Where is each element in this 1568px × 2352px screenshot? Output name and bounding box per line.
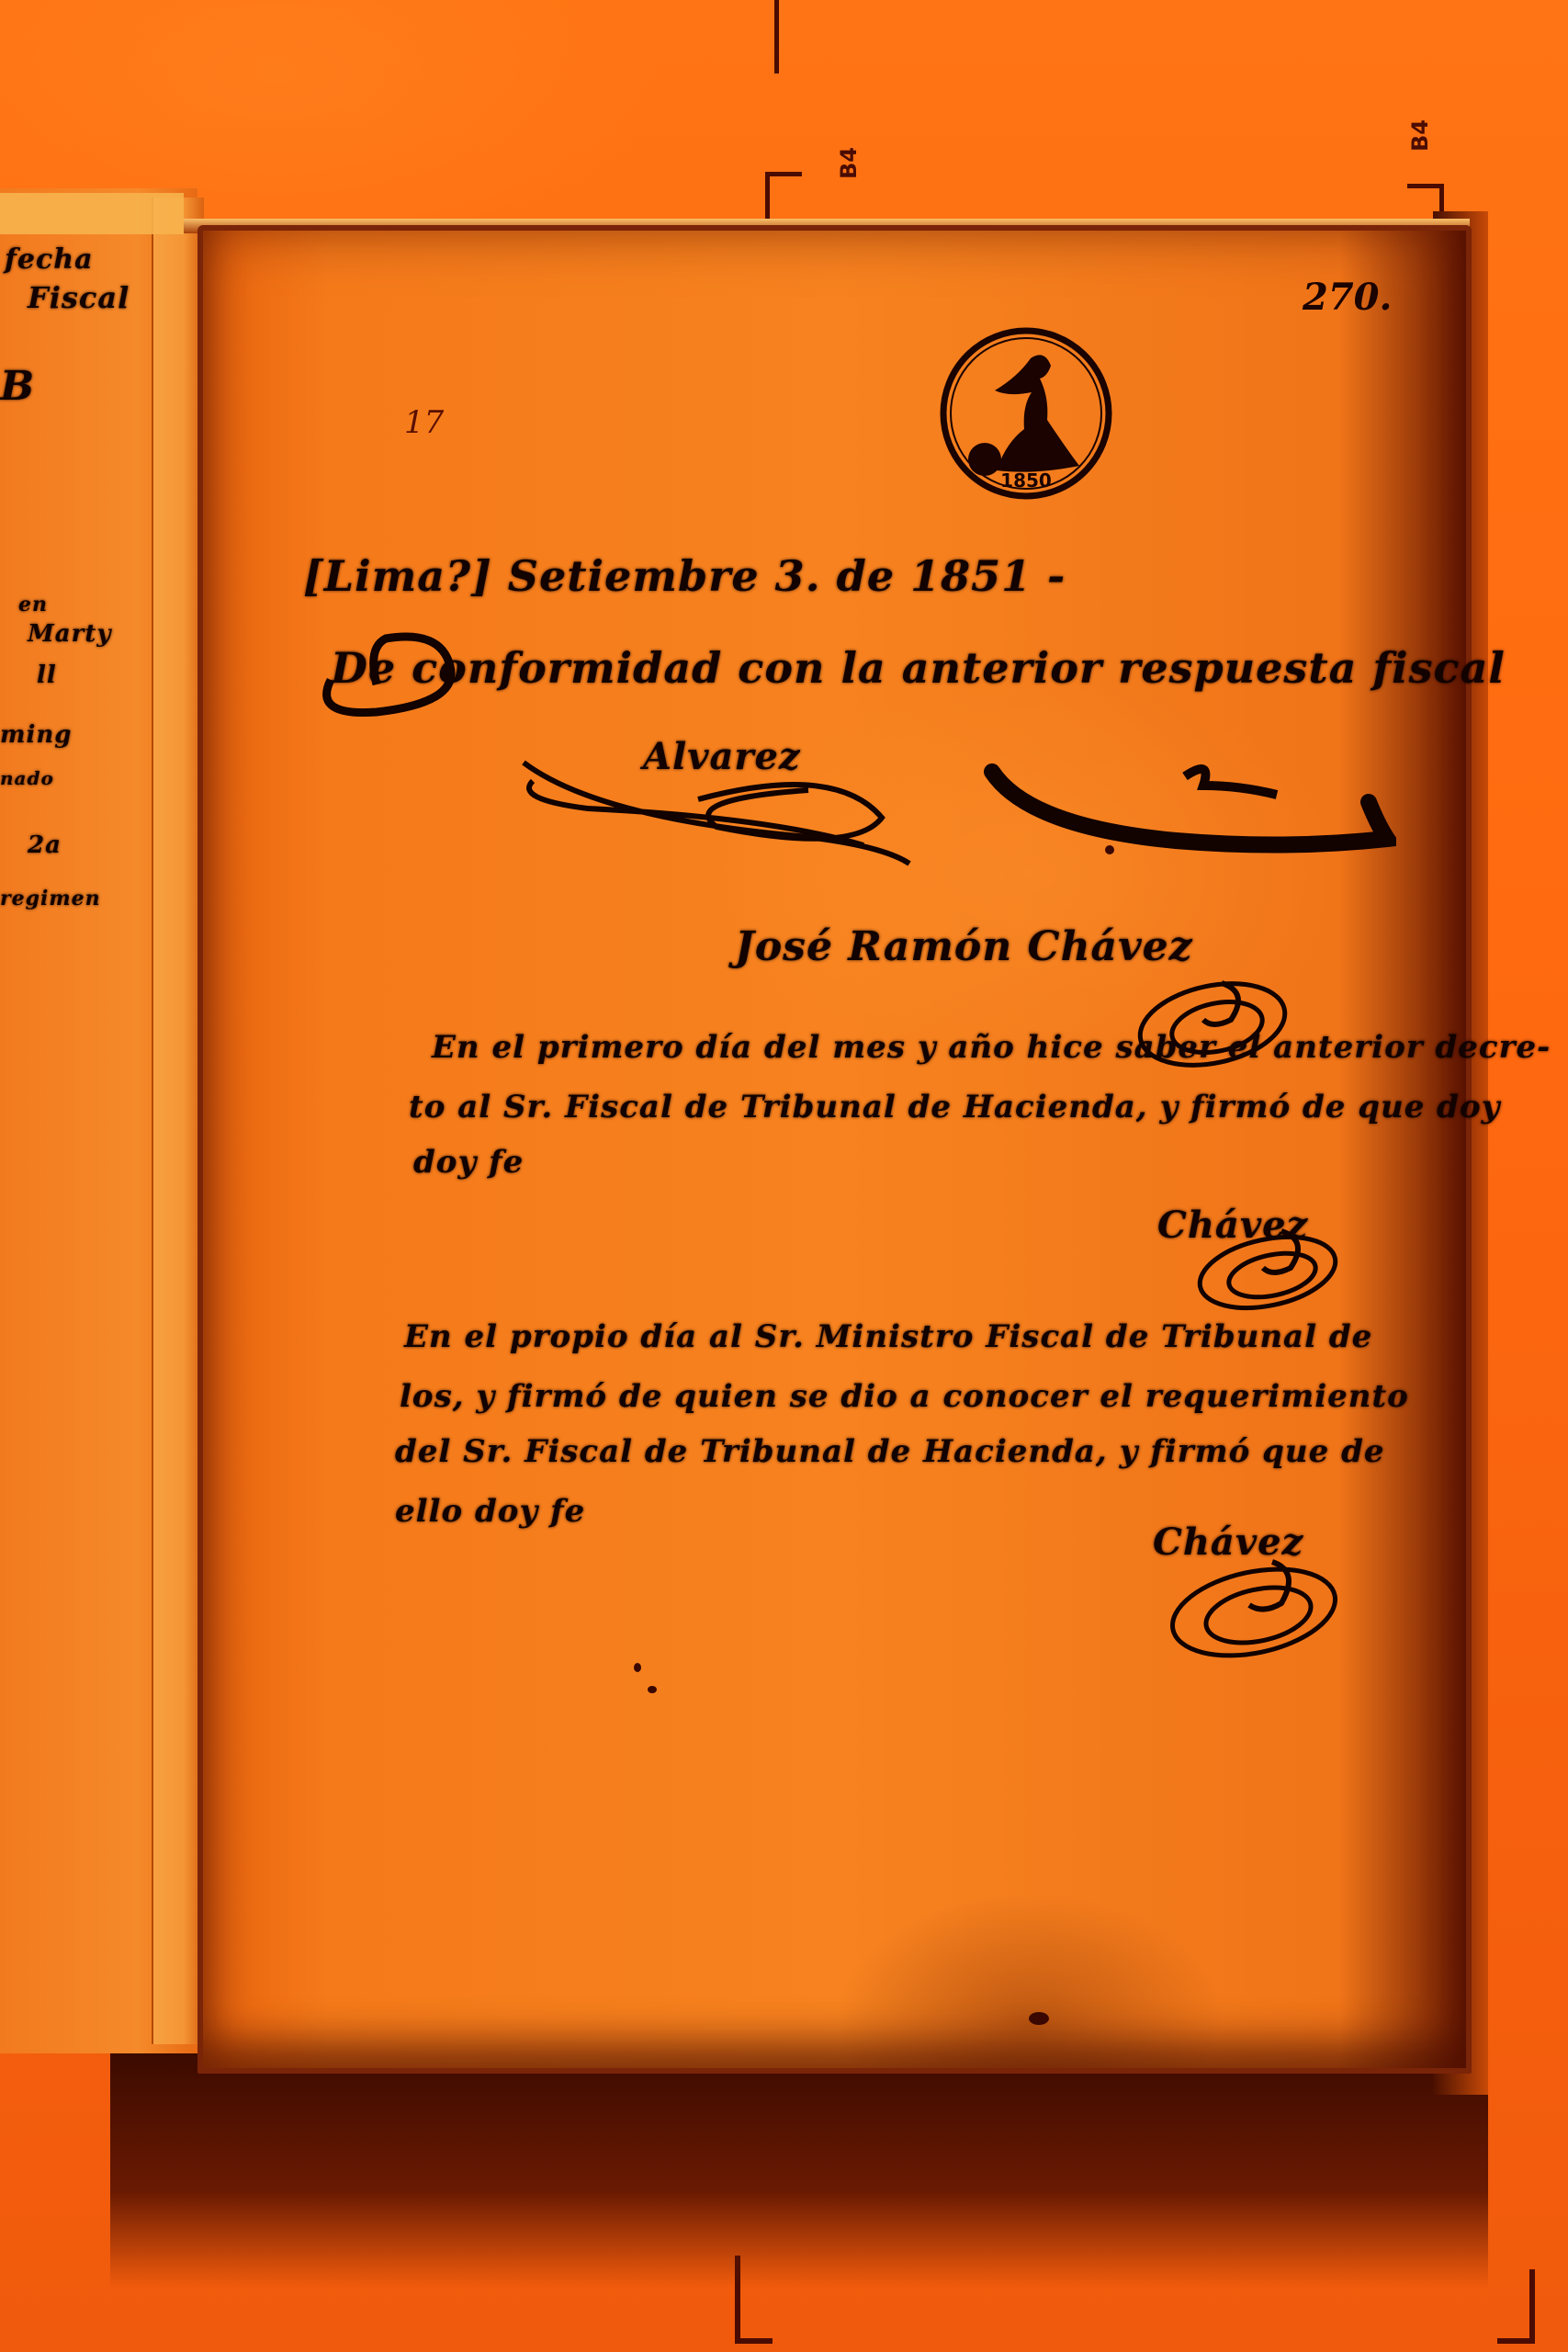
- frame-mark-top-vertical: [774, 0, 779, 73]
- ink-spot: [1105, 845, 1114, 854]
- manuscript-page: [197, 225, 1472, 2074]
- left-fragment-3: B: [0, 363, 35, 410]
- ink-spot: [1029, 2012, 1049, 2025]
- ink-spot: [648, 1686, 657, 1693]
- frame-label-b4-right: B4: [1407, 119, 1433, 152]
- paragraph-2-line-1: En el propio día al Sr. Ministro Fiscal …: [404, 1318, 1372, 1355]
- paragraph-1-line-1: En el primero día del mes y año hice sab…: [432, 1029, 1551, 1066]
- signature-flourish-alvarez: [514, 744, 937, 873]
- page-number: 270.: [1303, 276, 1392, 319]
- rubric-p2: [1162, 1553, 1346, 1663]
- left-fragment-7: ming: [0, 721, 72, 749]
- left-fragment-8: nado: [0, 767, 54, 789]
- left-fragment-5: Marty: [28, 620, 111, 648]
- page-shadow: [110, 2049, 1488, 2288]
- frame-mark-bottom-right-corner: [1497, 2269, 1535, 2344]
- paragraph-1-line-2: to al Sr. Fiscal de Tribunal de Hacienda…: [409, 1089, 1500, 1125]
- left-fragment-2: Fiscal: [28, 280, 130, 315]
- svg-text:1850: 1850: [1000, 469, 1052, 492]
- tape-fragment: [0, 193, 184, 234]
- large-initial-d-flourish: [312, 625, 468, 726]
- left-fragment-9: 2a: [28, 831, 62, 859]
- left-fragment-10: regimen: [0, 887, 101, 910]
- rubric-p1: [1190, 1222, 1346, 1314]
- ink-spot: [634, 1663, 641, 1672]
- left-fragment-4: en: [18, 593, 48, 616]
- date-line: [Lima?] Setiembre 3. de 1851 -: [303, 551, 1066, 601]
- folio-mark: 17: [404, 404, 444, 441]
- decree-header-line: De conformidad con la anterior respuesta…: [331, 643, 1506, 693]
- paragraph-2-line-2: los, y firmó de quien se dio a conocer e…: [400, 1378, 1409, 1415]
- paragraph-2-line-3: del Sr. Fiscal de Tribunal de Hacienda, …: [395, 1433, 1385, 1470]
- frame-label-b4-left: B4: [836, 147, 862, 179]
- frame-mark-top-left-corner: [765, 172, 802, 222]
- left-fragment-6: ll: [37, 661, 57, 689]
- seated-figure-seal-icon: 1850: [930, 322, 1122, 505]
- rubric-stroke-right: [983, 753, 1396, 854]
- paragraph-2-line-4: ello doy fe: [395, 1493, 585, 1530]
- binding-strip: [152, 198, 204, 2044]
- paragraph-1-line-3: doy fe: [413, 1144, 524, 1181]
- notary-name: José Ramón Chávez: [735, 923, 1193, 970]
- left-fragment-1: fecha: [5, 243, 94, 276]
